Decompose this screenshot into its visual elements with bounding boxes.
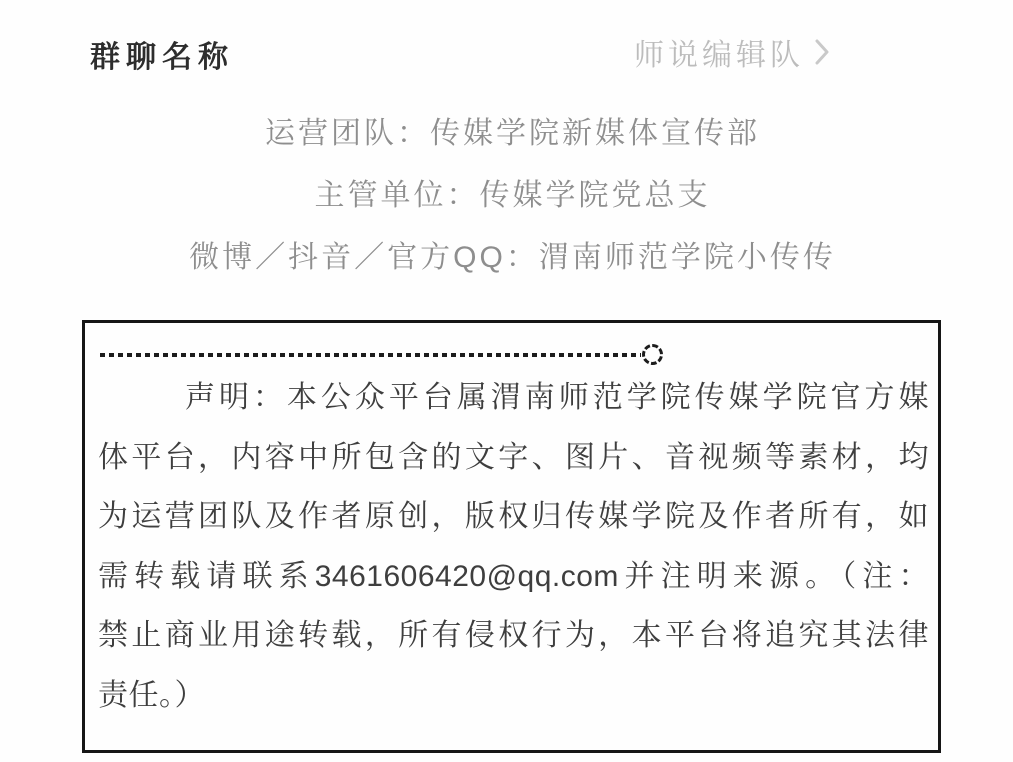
disclaimer-line: 禁止商业用途转载，所有侵权行为，本平台将追究其法律 (98, 606, 929, 666)
group-name-row[interactable]: 群聊名称 师说编辑队 (0, 30, 1013, 70)
disclaimer-line: 为运营团队及作者原创，版权归传媒学院及作者所有，如 (98, 487, 929, 547)
social-accounts-line: 微博／抖音／官方QQ：渭南师范学院小传传 (12, 227, 1013, 289)
account-info-block: 运营团队：传媒学院新媒体宣传部 主管单位：传媒学院党总支 微博／抖音／官方QQ：… (0, 103, 1013, 289)
operating-team-line: 运营团队：传媒学院新媒体宣传部 (12, 103, 1013, 165)
disclaimer-line: 体平台，内容中所包含的文字、图片、音视频等素材，均 (98, 428, 929, 488)
disclaimer-line: 责任。） (98, 666, 929, 726)
supervising-unit-line: 主管单位：传媒学院党总支 (12, 165, 1013, 227)
disclaimer-box: 声明：本公众平台属渭南师范学院传媒学院官方媒 体平台，内容中所包含的文字、图片、… (82, 320, 941, 753)
cut-line-circle-icon (642, 344, 663, 365)
disclaimer-text: 声明：本公众平台属渭南师范学院传媒学院官方媒 体平台，内容中所包含的文字、图片、… (98, 368, 929, 725)
cut-line (100, 344, 664, 365)
page-background: 群聊名称 师说编辑队 运营团队：传媒学院新媒体宣传部 主管单位：传媒学院党总支 … (0, 0, 1013, 762)
chevron-right-icon (815, 38, 830, 66)
group-name-value-wrap: 师说编辑队 (634, 30, 830, 74)
disclaimer-line: 声明：本公众平台属渭南师范学院传媒学院官方媒 (98, 368, 929, 428)
group-name-label: 群聊名称 (90, 32, 234, 76)
disclaimer-line-email: 需转载请联系3461606420@qq.com并注明来源。（注： (98, 547, 929, 607)
cut-line-dashes (100, 353, 641, 357)
group-name-value: 师说编辑队 (634, 30, 804, 74)
